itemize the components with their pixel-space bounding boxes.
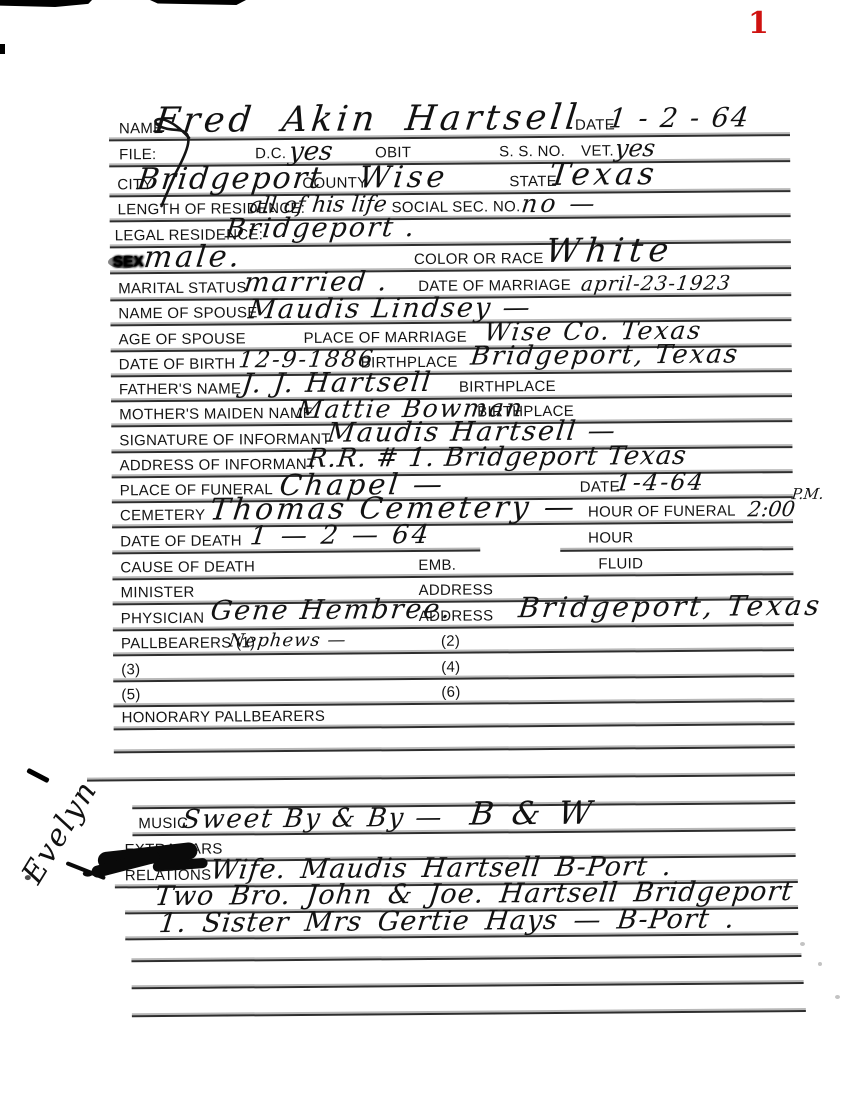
birthplace-value: Bridgeport, Texas [469,339,741,371]
hour-label: HOUR [588,529,634,546]
pallbearers-4-label: (4) [441,659,460,676]
funeral-record-form: NAME Fred Akin Hartsell DATE 1 - 2 - 64 … [0,0,850,1100]
music-value: Sweet By & By — [181,803,446,835]
sex-value: male. [142,239,244,275]
place-of-marriage-label: PLACE OF MARRIAGE [304,329,468,347]
rule-line [113,675,794,682]
ink-splatter [83,871,93,877]
pen-mark [26,768,50,784]
dc-label: D.C. [255,145,286,162]
legal-residence-value: Bridgeport . [224,212,418,245]
hour-of-funeral-value: 2:00 [747,497,797,521]
physician-address-label: ADDRESS [419,607,494,625]
pallbearers-1-value: Nephews — [228,630,348,652]
relations-line-3: 1. Sister Mrs Gertie Hays — B-Port . [157,904,736,940]
name-value: Fred Akin Hartsell [153,98,583,141]
music-value-2: B & W [468,794,598,833]
cemetery-label: CEMETERY [120,507,206,525]
ink-speck [25,875,31,880]
rule-line [132,982,804,989]
emb-label: EMB. [418,557,456,574]
mothers-maiden-name-label: MOTHER'S MAIDEN NAME [119,405,313,424]
cause-of-death-label: CAUSE OF DEATH [120,558,255,576]
pallbearers-5-label: (5) [121,686,140,703]
date-of-death-value: 1 — 2 — 64 [248,520,433,551]
rule-line [131,955,801,962]
physician-value: Gene Hembree. [209,594,454,627]
hour-of-funeral-label: HOUR OF FUNERAL [588,503,736,521]
sex-label: SEX [113,253,144,270]
date-value: 1 - 2 - 64 [607,102,752,134]
signature-of-informant-label: SIGNATURE OF INFORMANT [119,431,330,450]
pallbearers-6-label: (6) [441,684,460,701]
obit-label: OBIT [375,144,411,161]
age-of-spouse-label: AGE OF SPOUSE [119,330,246,348]
honorary-pallbearers-label: HONORARY PALLBEARERS [121,708,325,727]
minister-label: MINISTER [120,584,194,602]
physician-address-value: Bridgeport, Texas [517,589,824,624]
hour-of-funeral-suffix: P.M. [791,485,825,503]
pallbearers-3-label: (3) [121,661,140,678]
date-of-death-label: DATE OF DEATH [120,532,242,550]
name-of-spouse-label: NAME OF SPOUSE [118,304,257,322]
rule-line [87,774,795,782]
date-of-marriage-value: april-23-1923 [580,271,733,296]
rule-line [114,746,795,753]
funeral-date-value: 1-4-64 [614,468,707,497]
pallbearers-2-label: (2) [441,633,460,650]
social-sec-no-value: no — [520,189,599,219]
city-value: Bridgeport [135,161,325,197]
file-label: FILE: [119,146,156,163]
color-or-race-label: COLOR OR RACE [414,250,544,268]
rule-line [560,548,793,552]
color-or-race-value: White [544,230,677,270]
fathers-name-label: FATHER'S NAME [119,380,241,398]
scanned-funeral-record: 1 [0,0,850,1100]
physician-label: PHYSICIAN [121,610,205,628]
date-of-birth-label: DATE OF BIRTH [119,355,236,373]
marital-status-label: MARITAL STATUS [118,279,247,297]
state-value: Texas [547,156,660,193]
county-value: Wise [357,160,450,196]
rule-line [132,1010,806,1017]
rule-line [113,700,794,707]
fluid-label: FLUID [598,555,643,572]
